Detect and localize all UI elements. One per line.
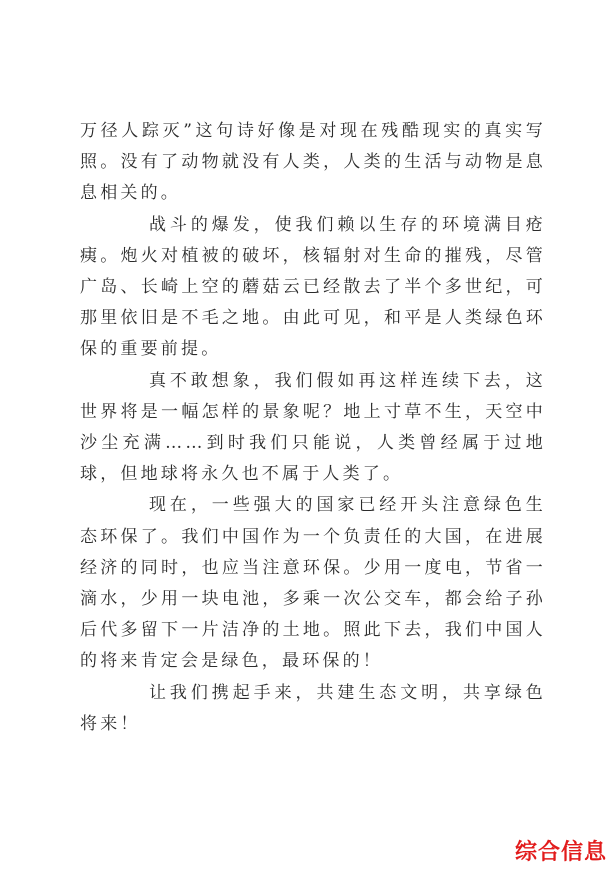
paragraph-2: 战斗的爆发，使我们赖以生存的环境满目疮痍。炮火对植被的破坏，核辐射对生命的摧残，… [80,210,546,366]
paragraph-4: 现在，一些强大的国家已经开头注意绿色生态环保了。我们中国作为一个负责任的大国，在… [80,490,546,677]
paragraph-1: 万径人踪灭”这句诗好像是对现在残酷现实的真实写照。没有了动物就没有人类，人类的生… [80,116,546,210]
paragraph-5: 让我们携起手来，共建生态文明，共享绿色将来！ [80,678,546,740]
paragraph-3: 真不敢想象，我们假如再这样连续下去，这世界将是一幅怎样的景象呢？地上寸草不生，天… [80,366,546,491]
watermark-logo: 综合信息 [515,835,607,866]
document-body: 万径人踪灭”这句诗好像是对现在残酷现实的真实写照。没有了动物就没有人类，人类的生… [80,116,546,740]
